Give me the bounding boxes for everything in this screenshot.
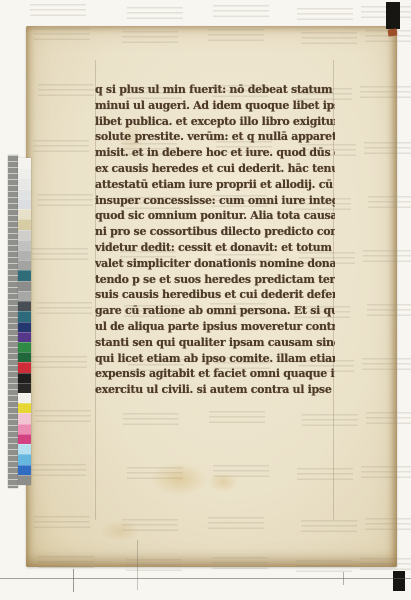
show-through-text [361,466,411,481]
show-through-text [123,413,179,428]
show-through-text [360,86,411,101]
show-through-text [362,358,411,373]
color-patch [18,465,31,475]
color-patch [18,158,31,168]
color-patch [18,219,31,229]
text-line: suis causis heredibus et cui dederit def… [95,287,335,303]
show-through-text [368,196,411,211]
text-line: qui licet etiam ab ipso comite. illam et… [95,351,335,367]
show-through-text [212,557,268,572]
color-patch [18,260,31,270]
color-bar-ruler-strip [8,155,18,488]
show-through-text [38,84,94,99]
text-line: ul de aliqua parte ipsius moveretur cont… [95,319,335,335]
show-through-text [297,8,353,23]
show-through-text [364,142,411,157]
text-line: attestatū etiam iure proprii et allodij.… [95,177,335,193]
registration-cross [73,569,74,592]
show-through-text [297,468,353,483]
color-patch [18,281,31,291]
text-line: tendo p se et suos heredes predictam ter… [95,272,335,288]
show-through-text [37,194,93,209]
text-line: minui ul augeri. Ad idem quoque libet ip… [95,98,335,114]
color-patch [18,434,31,444]
show-through-text [34,28,90,43]
registration-tick [343,572,344,585]
text-line: stanti sen qui qualiter ipsam causam sin… [95,335,335,351]
show-through-text [38,556,94,571]
color-patch [18,209,31,219]
show-through-text [301,32,357,47]
show-through-text [208,517,264,532]
show-through-text [35,410,91,425]
show-through-text [209,411,265,426]
color-patch [18,383,31,393]
show-through-text [367,304,411,319]
color-patch [18,270,31,280]
color-patch [18,332,31,342]
text-line: insuper concessisse: cum omni iure integ… [95,193,335,209]
text-line: gare cū ratione ab omni persona. Et si q… [95,303,335,319]
color-calibration-bar [18,158,31,485]
show-through-text [302,414,358,429]
show-through-text [36,302,92,317]
show-through-text [34,516,90,531]
show-through-text [30,464,86,479]
color-patch [18,250,31,260]
text-line: exercitu ul civili. si autem contra ul i… [95,382,335,398]
text-line: expensis agitabit et faciet omni quaque … [95,366,335,382]
show-through-text [127,7,183,22]
color-patch [18,475,31,485]
text-line: q si plus ul min fuerit: nō debeat statu… [95,82,335,98]
show-through-text [208,29,264,44]
color-patch [18,240,31,250]
show-through-text [31,356,87,371]
color-patch [18,199,31,209]
color-patch [18,189,31,199]
show-through-text [301,520,357,535]
show-through-text [30,4,86,19]
show-through-text [127,467,183,482]
color-patch [18,301,31,311]
corner-mark-bottom-right [393,571,405,591]
red-ink-mark [388,28,398,36]
text-line: solute prestite. verūm: et q nullā appar… [95,129,335,145]
show-through-text [126,559,182,574]
text-line: ex causis heredes et cui dederit. hāc te… [95,161,335,177]
show-through-text [33,140,89,155]
color-patch [18,362,31,372]
text-line: valet simpliciter donationis nomine dona… [95,256,335,272]
show-through-text [213,5,269,20]
manuscript-text-block: q si plus ul min fuerit: nō debeat statu… [95,82,335,398]
color-patch [18,454,31,464]
show-through-text [363,250,411,265]
color-patch [18,291,31,301]
manuscript-photo: q si plus ul min fuerit: nō debeat statu… [0,0,411,600]
color-patch [18,424,31,434]
show-through-text [213,465,269,480]
corner-mark-top-right [386,2,400,29]
color-patch [18,373,31,383]
color-patch [18,230,31,240]
text-line: quod sic omnium ponitur. Alia tota causa… [95,208,335,224]
text-line: misit. et in debere hoc et iure. quod dū… [95,145,335,161]
text-line: libet publica. et excepto illo libro exi… [95,114,335,130]
color-patch [18,444,31,454]
show-through-text [122,31,178,46]
show-through-text [365,518,411,533]
show-through-text [32,248,88,263]
color-patch [18,168,31,178]
text-line: videtur dedit: cessit et donavit: et tot… [95,240,335,256]
ruling-line-lower [137,540,138,590]
registration-line [0,578,411,579]
color-patch [18,311,31,321]
show-through-text [122,519,178,534]
color-patch [18,352,31,362]
color-patch [18,322,31,332]
text-line: ni pro se cossortibus dilecto predicto c… [95,224,335,240]
show-through-text [366,412,411,427]
color-patch [18,413,31,423]
color-patch [18,403,31,413]
color-patch [18,178,31,188]
color-patch [18,393,31,403]
color-patch [18,342,31,352]
